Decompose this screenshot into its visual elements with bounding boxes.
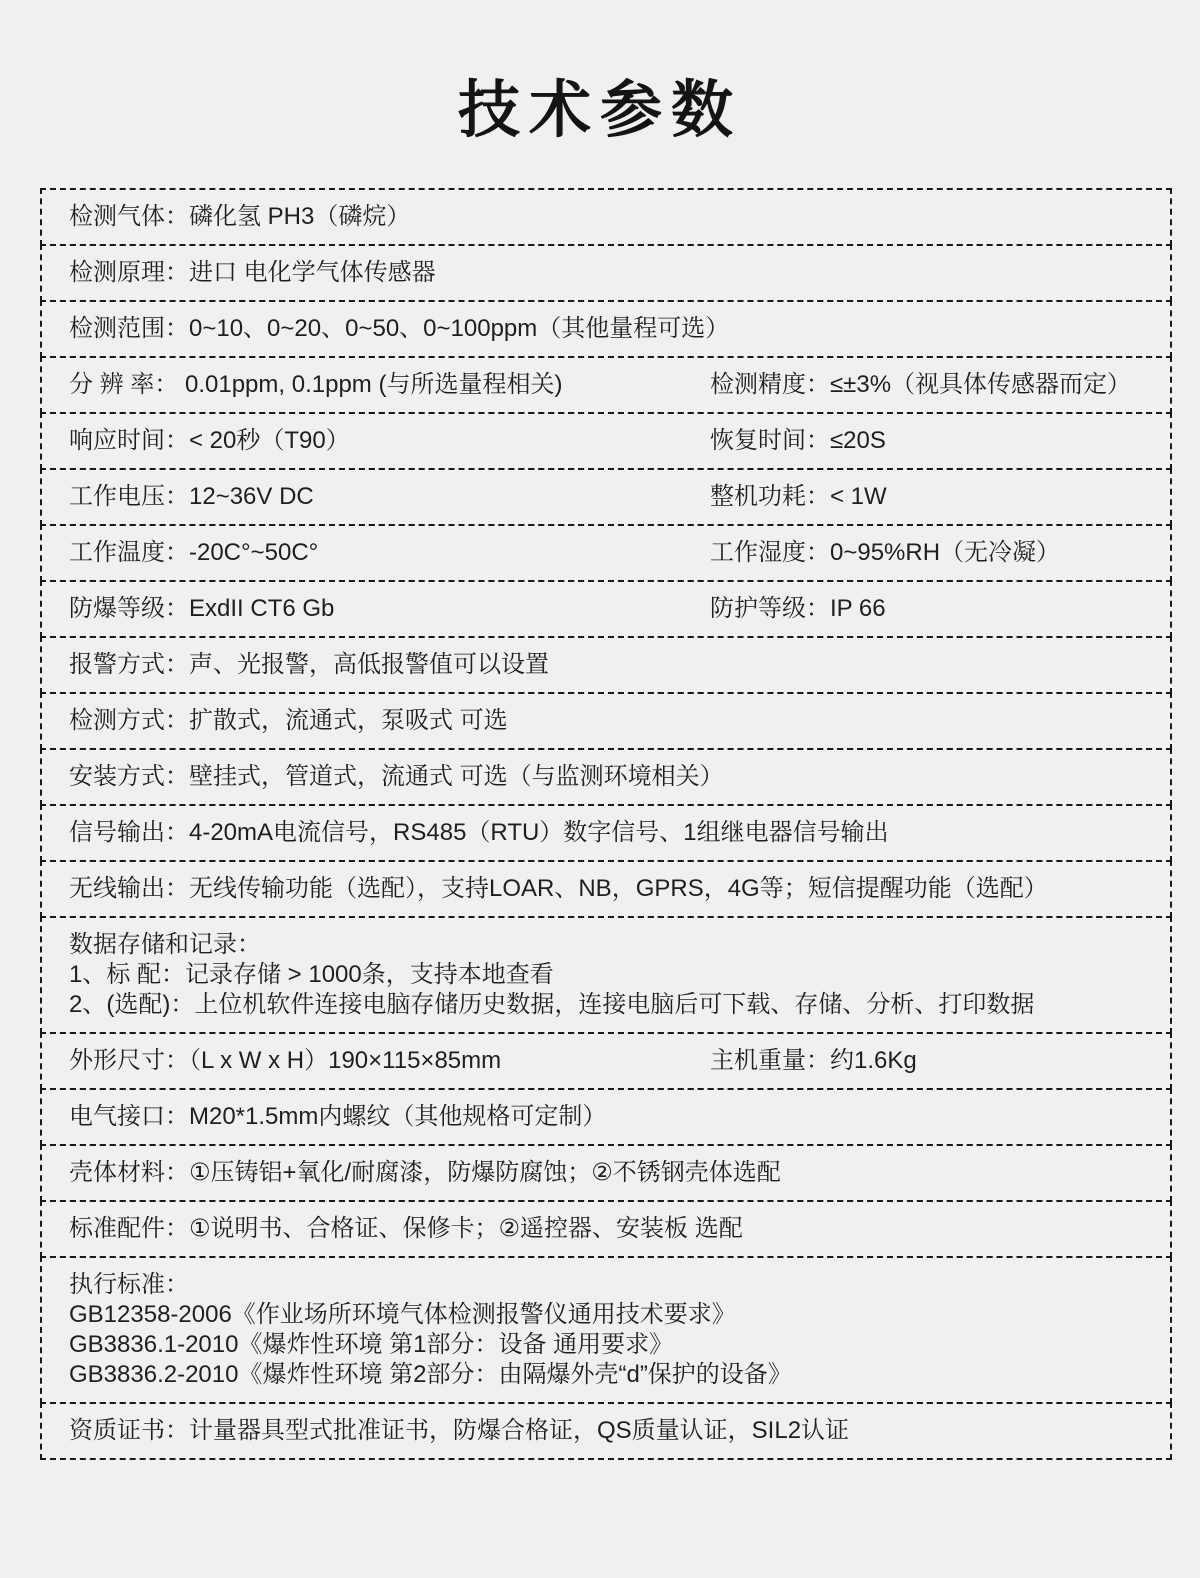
spec-line: 1、标 配：记录存储 > 1000条，支持本地查看 xyxy=(69,960,554,990)
spec-text: 电气接口：M20*1.5mm内螺纹（其他规格可定制） xyxy=(69,1102,606,1132)
spec-text: 检测范围：0~10、0~20、0~50、0~100ppm（其他量程可选） xyxy=(69,314,729,344)
spec-text: 壳体材料：①压铸铝+氧化/耐腐漆，防爆防腐蚀；②不锈钢壳体选配 xyxy=(69,1158,781,1188)
spec-col2: 整机功耗：< 1W xyxy=(710,482,887,512)
spec-row-resolution-accuracy: 分 辨 率： 0.01ppm, 0.1ppm (与所选量程相关) 检测精度：≤±… xyxy=(40,356,1172,414)
spec-col1: 工作温度：-20C°~50C° xyxy=(69,538,318,568)
spec-col2: 主机重量：约1.6Kg xyxy=(710,1046,917,1076)
spec-col2: 检测精度：≤±3%（视具体传感器而定） xyxy=(710,370,1131,400)
spec-row-voltage-power: 工作电压：12~36V DC 整机功耗：< 1W xyxy=(40,468,1172,526)
spec-text: 检测气体：磷化氢 PH3（磷烷） xyxy=(69,202,410,232)
spec-line: GB12358-2006《作业场所环境气体检测报警仪通用技术要求》 xyxy=(69,1300,736,1330)
spec-row-wireless-output: 无线输出：无线传输功能（选配），支持LOAR、NB，GPRS，4G等；短信提醒功… xyxy=(40,860,1172,918)
spec-row-response-recovery-time: 响应时间：< 20秒（T90） 恢复时间：≤20S xyxy=(40,412,1172,470)
spec-row-standard-accessories: 标准配件：①说明书、合格证、保修卡；②遥控器、安装板 选配 xyxy=(40,1200,1172,1258)
spec-text: 信号输出：4-20mA电流信号，RS485（RTU）数字信号、1组继电器信号输出 xyxy=(69,818,889,848)
spec-row-detected-gas: 检测气体：磷化氢 PH3（磷烷） xyxy=(40,188,1172,246)
spec-row-dimensions-weight: 外形尺寸：（L x W x H）190×115×85mm 主机重量：约1.6Kg xyxy=(40,1032,1172,1090)
spec-row-certificates: 资质证书：计量器具型式批准证书，防爆合格证，QS质量认证，SIL2认证 xyxy=(40,1402,1172,1460)
spec-col2: 恢复时间：≤20S xyxy=(710,426,886,456)
spec-text: 标准配件：①说明书、合格证、保修卡；②遥控器、安装板 选配 xyxy=(69,1214,743,1244)
spec-row-signal-output: 信号输出：4-20mA电流信号，RS485（RTU）数字信号、1组继电器信号输出 xyxy=(40,804,1172,862)
spec-col1: 外形尺寸：（L x W x H）190×115×85mm xyxy=(69,1046,501,1076)
spec-row-data-storage: 数据存储和记录： 1、标 配：记录存储 > 1000条，支持本地查看 2、(选配… xyxy=(40,916,1172,1034)
spec-col1: 分 辨 率： 0.01ppm, 0.1ppm (与所选量程相关) xyxy=(69,370,562,400)
spec-line: 执行标准： xyxy=(69,1270,189,1300)
spec-row-explosion-protection-rating: 防爆等级：ExdII CT6 Gb 防护等级：IP 66 xyxy=(40,580,1172,638)
page-title: 技术参数 xyxy=(0,0,1200,148)
spec-row-housing-material: 壳体材料：①压铸铝+氧化/耐腐漆，防爆防腐蚀；②不锈钢壳体选配 xyxy=(40,1144,1172,1202)
spec-table: 检测气体：磷化氢 PH3（磷烷） 检测原理：进口 电化学气体传感器 检测范围：0… xyxy=(40,188,1172,1460)
spec-text: 检测方式：扩散式，流通式，泵吸式 可选 xyxy=(69,706,508,736)
spec-row-alarm-mode: 报警方式：声、光报警，高低报警值可以设置 xyxy=(40,636,1172,694)
spec-row-detection-range: 检测范围：0~10、0~20、0~50、0~100ppm（其他量程可选） xyxy=(40,300,1172,358)
spec-col2: 工作湿度：0~95%RH（无冷凝） xyxy=(710,538,1060,568)
spec-text: 检测原理：进口 电化学气体传感器 xyxy=(69,258,436,288)
spec-line: 数据存储和记录： xyxy=(69,930,261,960)
spec-line: GB3836.1-2010《爆炸性环境 第1部分：设备 通用要求》 xyxy=(69,1330,673,1360)
spec-row-detection-principle: 检测原理：进口 电化学气体传感器 xyxy=(40,244,1172,302)
spec-row-temperature-humidity: 工作温度：-20C°~50C° 工作湿度：0~95%RH（无冷凝） xyxy=(40,524,1172,582)
spec-col1: 响应时间：< 20秒（T90） xyxy=(69,426,350,456)
spec-col2: 防护等级：IP 66 xyxy=(710,594,886,624)
spec-row-detection-mode: 检测方式：扩散式，流通式，泵吸式 可选 xyxy=(40,692,1172,750)
spec-text: 无线输出：无线传输功能（选配），支持LOAR、NB，GPRS，4G等；短信提醒功… xyxy=(69,874,1048,904)
spec-row-standards: 执行标准： GB12358-2006《作业场所环境气体检测报警仪通用技术要求》 … xyxy=(40,1256,1172,1404)
spec-text: 报警方式：声、光报警，高低报警值可以设置 xyxy=(69,650,549,680)
spec-text: 安装方式：壁挂式，管道式，流通式 可选（与监测环境相关） xyxy=(69,762,724,792)
spec-row-installation-mode: 安装方式：壁挂式，管道式，流通式 可选（与监测环境相关） xyxy=(40,748,1172,806)
spec-col1: 防爆等级：ExdII CT6 Gb xyxy=(69,594,334,624)
spec-line: GB3836.2-2010《爆炸性环境 第2部分：由隔爆外壳“d”保护的设备》 xyxy=(69,1360,792,1390)
spec-text: 资质证书：计量器具型式批准证书，防爆合格证，QS质量认证，SIL2认证 xyxy=(69,1416,849,1446)
spec-row-electrical-interface: 电气接口：M20*1.5mm内螺纹（其他规格可定制） xyxy=(40,1088,1172,1146)
spec-line: 2、(选配)：上位机软件连接电脑存储历史数据，连接电脑后可下载、存储、分析、打印… xyxy=(69,990,1034,1020)
spec-col1: 工作电压：12~36V DC xyxy=(69,482,314,512)
